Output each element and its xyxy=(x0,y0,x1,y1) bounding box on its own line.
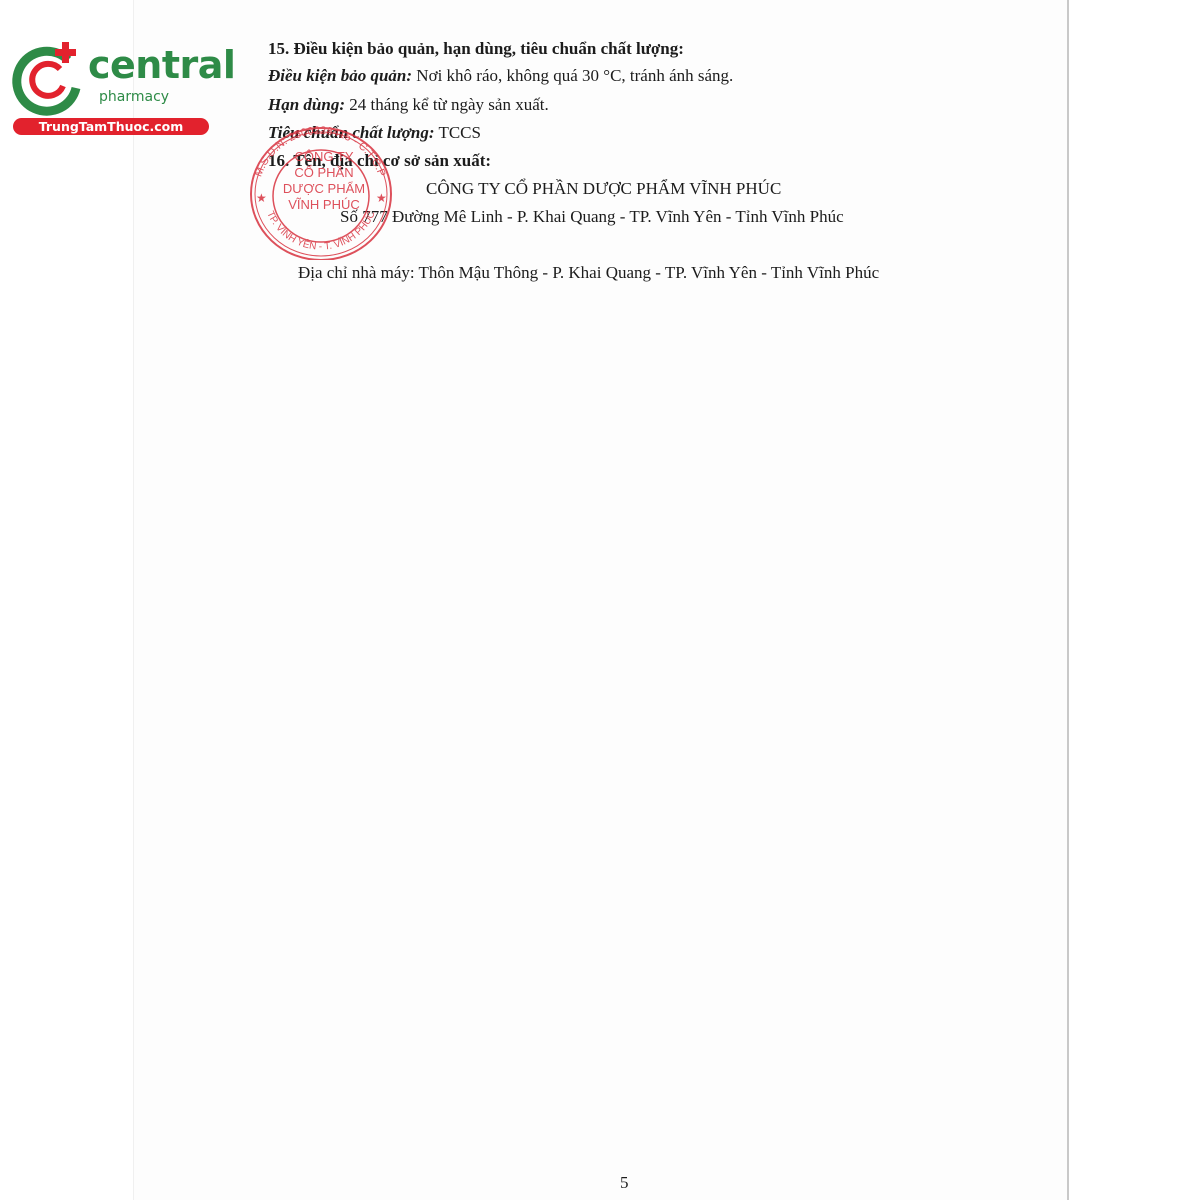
factory-address: Địa chỉ nhà máy: Thôn Mậu Thông - P. Kha… xyxy=(298,264,879,281)
storage-value: Nơi khô ráo, không quá 30 °C, tránh ánh … xyxy=(412,66,733,85)
website-badge: TrungTamThuoc.com xyxy=(13,118,209,135)
brand-name: central xyxy=(88,46,235,84)
company-address: Số 777 Đường Mê Linh - P. Khai Quang - T… xyxy=(340,208,844,225)
brand-subtitle: pharmacy xyxy=(99,90,169,104)
storage-conditions: Điều kiện bảo quản: Nơi khô ráo, không q… xyxy=(268,67,733,84)
section-15-heading: 15. Điều kiện bảo quản, hạn dùng, tiêu c… xyxy=(268,40,684,57)
standard-value: TCCS xyxy=(435,123,481,142)
svg-text:★: ★ xyxy=(256,191,267,205)
svg-text:TP. VĨNH YÊN - T. VĨNH PHÚC: TP. VĨNH YÊN - T. VĨNH PHÚC xyxy=(264,209,378,252)
company-name: CÔNG TY CỔ PHẦN DƯỢC PHẨM VĨNH PHÚC xyxy=(426,180,781,197)
page-number: 5 xyxy=(620,1173,629,1193)
storage-label: Điều kiện bảo quản: xyxy=(268,66,412,85)
central-pharmacy-watermark: central pharmacy TrungTamThuoc.com xyxy=(10,38,215,138)
company-seal-stamp: M.S.D.N: 2500228415 - C.T.C.P TP. VĨNH Y… xyxy=(236,110,406,260)
svg-text:DƯỢC PHẨM: DƯỢC PHẨM xyxy=(283,181,365,196)
svg-text:★: ★ xyxy=(376,191,387,205)
pharmacy-logo-icon xyxy=(10,38,90,118)
svg-text:CỔ PHẦN: CỔ PHẦN xyxy=(294,165,353,180)
svg-text:CÔNG TY: CÔNG TY xyxy=(295,149,354,164)
svg-text:VĨNH PHÚC: VĨNH PHÚC xyxy=(288,197,360,212)
